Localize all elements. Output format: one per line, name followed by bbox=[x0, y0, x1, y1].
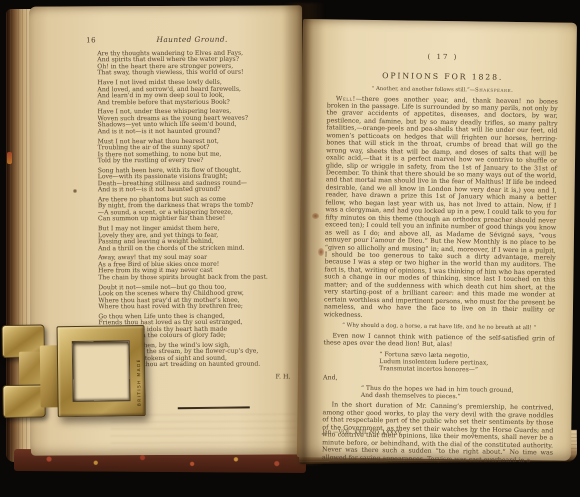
poem-stanza: But I may not linger amidst them here,Lo… bbox=[98, 226, 298, 253]
poem-line: And is it not—is it not haunted ground? bbox=[98, 187, 298, 194]
essay-paragraph: Even now I cannot think with patience of… bbox=[323, 332, 554, 350]
clasp-engraving: BRITISH MADE bbox=[136, 334, 142, 406]
epigraph-author: Shakspeare. bbox=[475, 87, 514, 94]
essay-paragraph: Well!—there goes another year, and, than… bbox=[324, 95, 558, 322]
clasp-hinge-knuckle bbox=[2, 384, 45, 418]
running-head: Haunted Ground. bbox=[91, 34, 293, 44]
section-rule bbox=[178, 406, 250, 409]
connector-word: And, bbox=[323, 374, 554, 385]
poem-stanza: Have I not lived midst these lowly dells… bbox=[97, 80, 297, 107]
poem-stanza: Away, away! that my soul may soarAs a fr… bbox=[98, 255, 298, 282]
verse-block: “ Thus do the hopes we had in him touch … bbox=[361, 385, 554, 402]
epigraph: “ Another, and another follows still.”—S… bbox=[327, 85, 558, 94]
right-page: ( 17 ) OPINIONS FOR 1828. “ Another, and… bbox=[297, 19, 577, 461]
poem-line: Can summon up mightier far than these! bbox=[98, 216, 298, 223]
epigraph-text: “ Another, and another follows still.”— bbox=[372, 85, 475, 92]
poem-line: Told by the rustling of every tree? bbox=[98, 157, 298, 164]
quotation: “ Why should a dog, a horse, a rat have … bbox=[324, 322, 555, 331]
poem-stanza: Have I not, under these whispering leave… bbox=[97, 109, 297, 136]
verse-line: Transmutat incertos honores—” bbox=[379, 365, 554, 375]
poem-stanza: Song hath been here, with its flow of th… bbox=[98, 167, 298, 194]
poem-line: And is it not—is it not haunted ground? bbox=[98, 128, 298, 135]
marbling-speck bbox=[7, 152, 12, 164]
footer-signature-mark: C bbox=[472, 431, 476, 437]
footer-volume-line: Jan.—VOL. XXII. NO. LXXXV. bbox=[322, 429, 402, 436]
poem-line: The chain by those spirits brought back … bbox=[98, 274, 298, 281]
verse-line: And dash themselves to pieces.” bbox=[361, 392, 554, 402]
poem-stanza: Are thy thoughts wandering to Elves and … bbox=[97, 50, 297, 77]
verso-show-through bbox=[111, 413, 296, 450]
clasp-frame-opening bbox=[72, 340, 131, 402]
paragraph-lead: Well! bbox=[336, 95, 356, 102]
right-page-number: ( 17 ) bbox=[327, 51, 558, 62]
poem-stanza: Are there no phantoms but such as comeBy… bbox=[98, 196, 298, 223]
verse-block: “ Fortuna sævo læta negotio,Ludum insole… bbox=[379, 351, 554, 375]
book-photo: 16 Haunted Ground. Are thy thoughts wand… bbox=[0, 0, 580, 497]
poem-line: And a thrill on the chords of the strick… bbox=[98, 245, 298, 252]
brass-clasp: BRITISH MADE bbox=[0, 303, 153, 419]
poem-line: That sway, though viewless, this world o… bbox=[97, 70, 297, 77]
poem-line: And tremble before that mysterious Book? bbox=[97, 99, 297, 106]
article-title: OPINIONS FOR 1828. bbox=[327, 70, 558, 82]
clasp-frame: BRITISH MADE bbox=[57, 325, 146, 417]
poem-stanza: Must I not hear what thou hearest not,Tr… bbox=[98, 138, 298, 165]
right-page-content: ( 17 ) OPINIONS FOR 1828. “ Another, and… bbox=[322, 51, 559, 464]
essay-body: Well!—there goes another year, and, than… bbox=[322, 95, 558, 465]
